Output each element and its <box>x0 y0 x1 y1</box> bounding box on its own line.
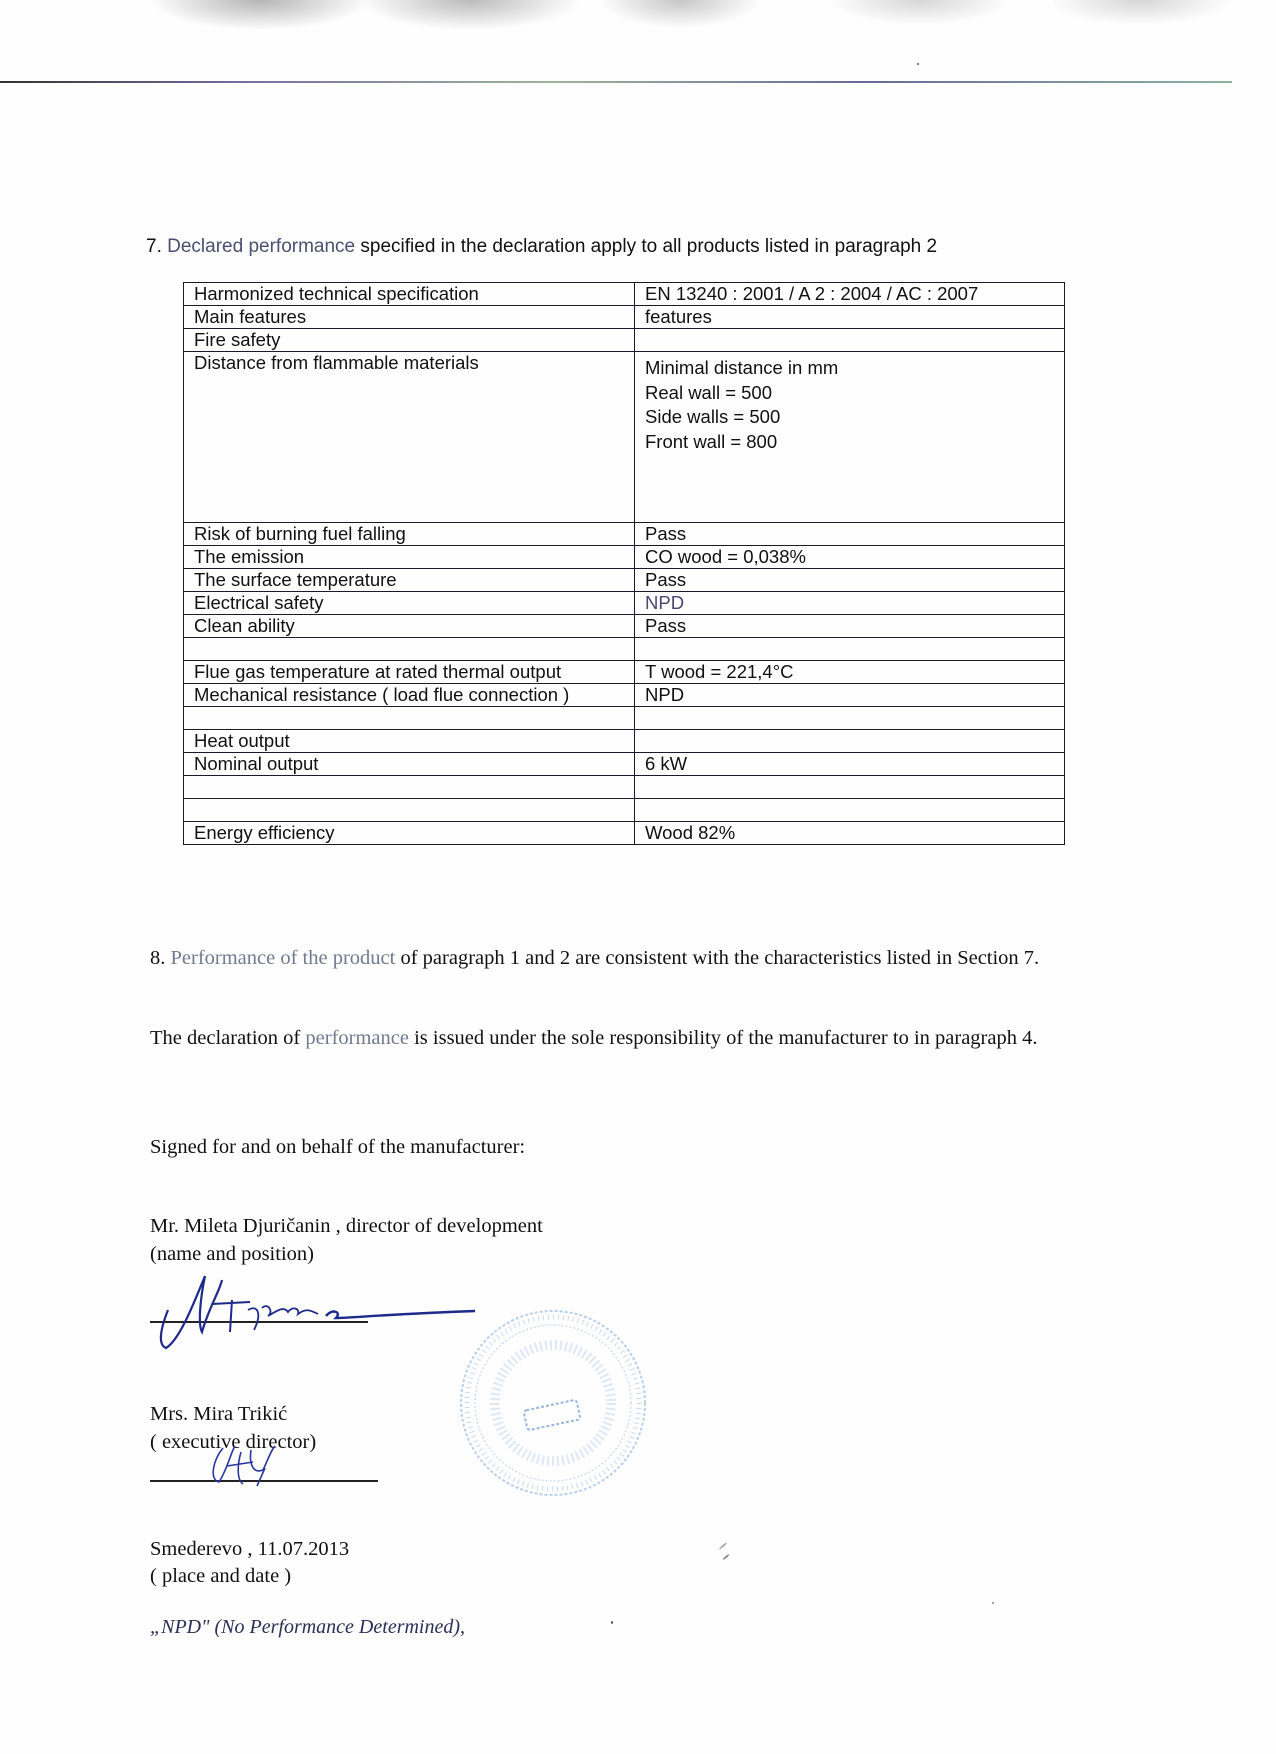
value-cell: EN 13240 : 2001 / A 2 : 2004 / AC : 2007 <box>635 283 1065 306</box>
feature-cell: Electrical safety <box>184 592 635 615</box>
table-row: Energy efficiencyWood 82% <box>184 822 1065 845</box>
feature-cell: Nominal output <box>184 753 635 776</box>
value-text: Pass <box>645 523 686 544</box>
table-row <box>184 776 1065 799</box>
value-line: Side walls = 500 <box>645 405 1054 430</box>
feature-cell: Harmonized technical specification <box>184 283 635 306</box>
value-cell: NPD <box>635 592 1065 615</box>
value-cell: NPD <box>635 684 1065 707</box>
feature-cell: Distance from flammable materials <box>184 352 635 523</box>
value-text: NPD <box>645 592 684 613</box>
value-text: EN 13240 : 2001 / A 2 : 2004 / AC : 2007 <box>645 283 978 304</box>
value-cell: 6 kW <box>635 753 1065 776</box>
table-row: Fire safety <box>184 329 1065 352</box>
value-text: Pass <box>645 569 686 590</box>
value-text <box>645 776 650 797</box>
scan-speck <box>992 1602 994 1604</box>
npd-footnote: „NPD" (No Performance Determined), <box>150 1613 1070 1642</box>
feature-cell: The surface temperature <box>184 569 635 592</box>
value-cell <box>635 329 1065 352</box>
section-8-lead: Performance of the product <box>171 947 396 969</box>
value-cell: Minimal distance in mmReal wall = 500Sid… <box>635 352 1065 523</box>
table-row: Mechanical resistance ( load flue connec… <box>184 684 1065 707</box>
feature-cell: Flue gas temperature at rated thermal ou… <box>184 661 635 684</box>
scan-shadow <box>0 0 1276 80</box>
feature-cell: The emission <box>184 546 635 569</box>
table-row: Clean abilityPass <box>184 615 1065 638</box>
value-cell <box>635 707 1065 730</box>
signatory-1-name: Mr. Mileta Djuričanin , director of deve… <box>150 1212 1070 1241</box>
value-text: 6 kW <box>645 753 687 774</box>
company-stamp-icon <box>455 1305 651 1501</box>
feature-cell: Risk of burning fuel falling <box>184 523 635 546</box>
place-date-hint: ( place and date ) <box>150 1562 1070 1591</box>
value-text: features <box>645 306 712 327</box>
value-text <box>645 707 650 728</box>
value-text <box>645 799 650 820</box>
value-cell: Pass <box>635 569 1065 592</box>
table-row: The emissionCO wood = 0,038% <box>184 546 1065 569</box>
place-date: Smederevo , 11.07.2013 <box>150 1535 1070 1564</box>
value-line: Minimal distance in mm <box>645 356 1054 381</box>
table-row: Electrical safetyNPD <box>184 592 1065 615</box>
value-cell: Pass <box>635 615 1065 638</box>
feature-cell: Heat output <box>184 730 635 753</box>
table-row <box>184 707 1065 730</box>
feature-cell <box>184 799 635 822</box>
table-row: Risk of burning fuel fallingPass <box>184 523 1065 546</box>
signature-2-icon <box>205 1440 285 1490</box>
table-row: Harmonized technical specificationEN 132… <box>184 283 1065 306</box>
value-cell <box>635 638 1065 661</box>
section-8-number: 8. <box>150 947 165 969</box>
table-row: Flue gas temperature at rated thermal ou… <box>184 661 1065 684</box>
value-line: Front wall = 800 <box>645 430 1054 455</box>
signatory-1-role-hint: (name and position) <box>150 1240 1070 1269</box>
value-cell: Pass <box>635 523 1065 546</box>
value-text <box>645 329 650 350</box>
section-7-text: specified in the declaration apply to al… <box>360 236 937 257</box>
table-row: Nominal output6 kW <box>184 753 1065 776</box>
table-row: Heat output <box>184 730 1065 753</box>
declaration-paragraph: The declaration of performance is issued… <box>150 1024 1070 1053</box>
performance-table: Harmonized technical specificationEN 132… <box>183 282 1065 845</box>
value-text <box>645 730 650 751</box>
feature-cell: Main features <box>184 306 635 329</box>
value-cell <box>635 776 1065 799</box>
value-cell: T wood = 221,4°C <box>635 661 1065 684</box>
feature-cell: Energy efficiency <box>184 822 635 845</box>
value-line: Real wall = 500 <box>645 381 1054 406</box>
scan-speck <box>611 1621 613 1624</box>
scan-speck <box>917 63 919 65</box>
feature-cell: Fire safety <box>184 329 635 352</box>
feature-cell <box>184 776 635 799</box>
value-text: NPD <box>645 684 684 705</box>
value-text: Pass <box>645 615 686 636</box>
feature-cell <box>184 638 635 661</box>
value-cell: CO wood = 0,038% <box>635 546 1065 569</box>
table-row <box>184 638 1065 661</box>
value-text: CO wood = 0,038% <box>645 546 806 567</box>
section-8-text: of paragraph 1 and 2 are consistent with… <box>400 947 1039 969</box>
section-7-heading: 7. Declared performance specified in the… <box>146 236 937 258</box>
value-cell <box>635 730 1065 753</box>
table-row: The surface temperaturePass <box>184 569 1065 592</box>
value-cell <box>635 799 1065 822</box>
section-7-lead: Declared performance <box>167 236 355 257</box>
table-row: Distance from flammable materialsMinimal… <box>184 352 1065 523</box>
signed-for-text: Signed for and on behalf of the manufact… <box>150 1133 1070 1162</box>
feature-cell <box>184 707 635 730</box>
value-cell: Wood 82% <box>635 822 1065 845</box>
declaration-post: is issued under the sole responsibility … <box>414 1027 1037 1049</box>
declaration-muted: performance <box>305 1027 409 1049</box>
feature-cell: Clean ability <box>184 615 635 638</box>
value-text <box>645 638 650 659</box>
section-8-paragraph: 8. Performance of the product of paragra… <box>150 944 1070 973</box>
signature-1-icon <box>150 1270 480 1350</box>
section-7-number: 7. <box>146 236 162 257</box>
table-row <box>184 799 1065 822</box>
top-rule <box>0 81 1232 83</box>
value-text: Wood 82% <box>645 822 735 843</box>
declaration-pre: The declaration of <box>150 1027 300 1049</box>
table-row: Main featuresfeatures <box>184 306 1065 329</box>
feature-cell: Mechanical resistance ( load flue connec… <box>184 684 635 707</box>
value-text: T wood = 221,4°C <box>645 661 793 682</box>
value-cell: features <box>635 306 1065 329</box>
